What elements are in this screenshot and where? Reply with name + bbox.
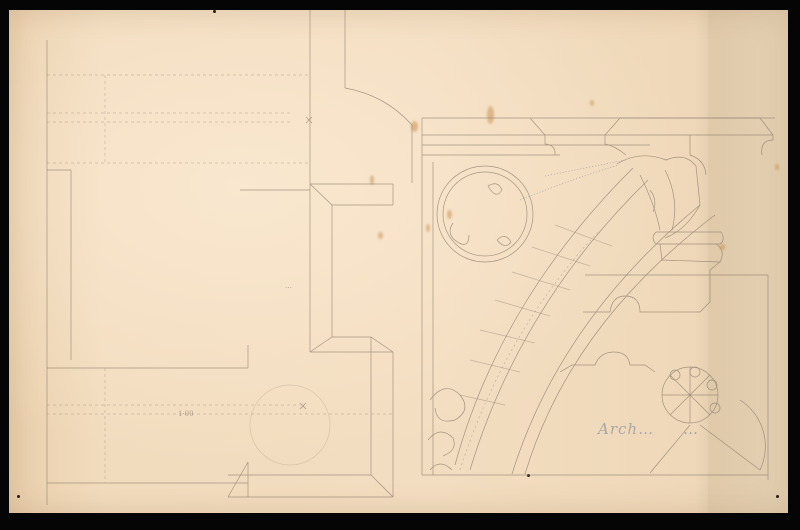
arch-signature-script: Arch… — [598, 420, 654, 438]
pencil-drawing — [0, 0, 800, 530]
plan-dimension-label: 1·00 — [178, 410, 194, 418]
scan-stage: Arch… … 1·00 … — [0, 0, 800, 530]
plan-side-note: … — [285, 282, 292, 290]
arch-signature-script-tail: … — [683, 420, 699, 438]
floor-plan — [47, 10, 412, 505]
